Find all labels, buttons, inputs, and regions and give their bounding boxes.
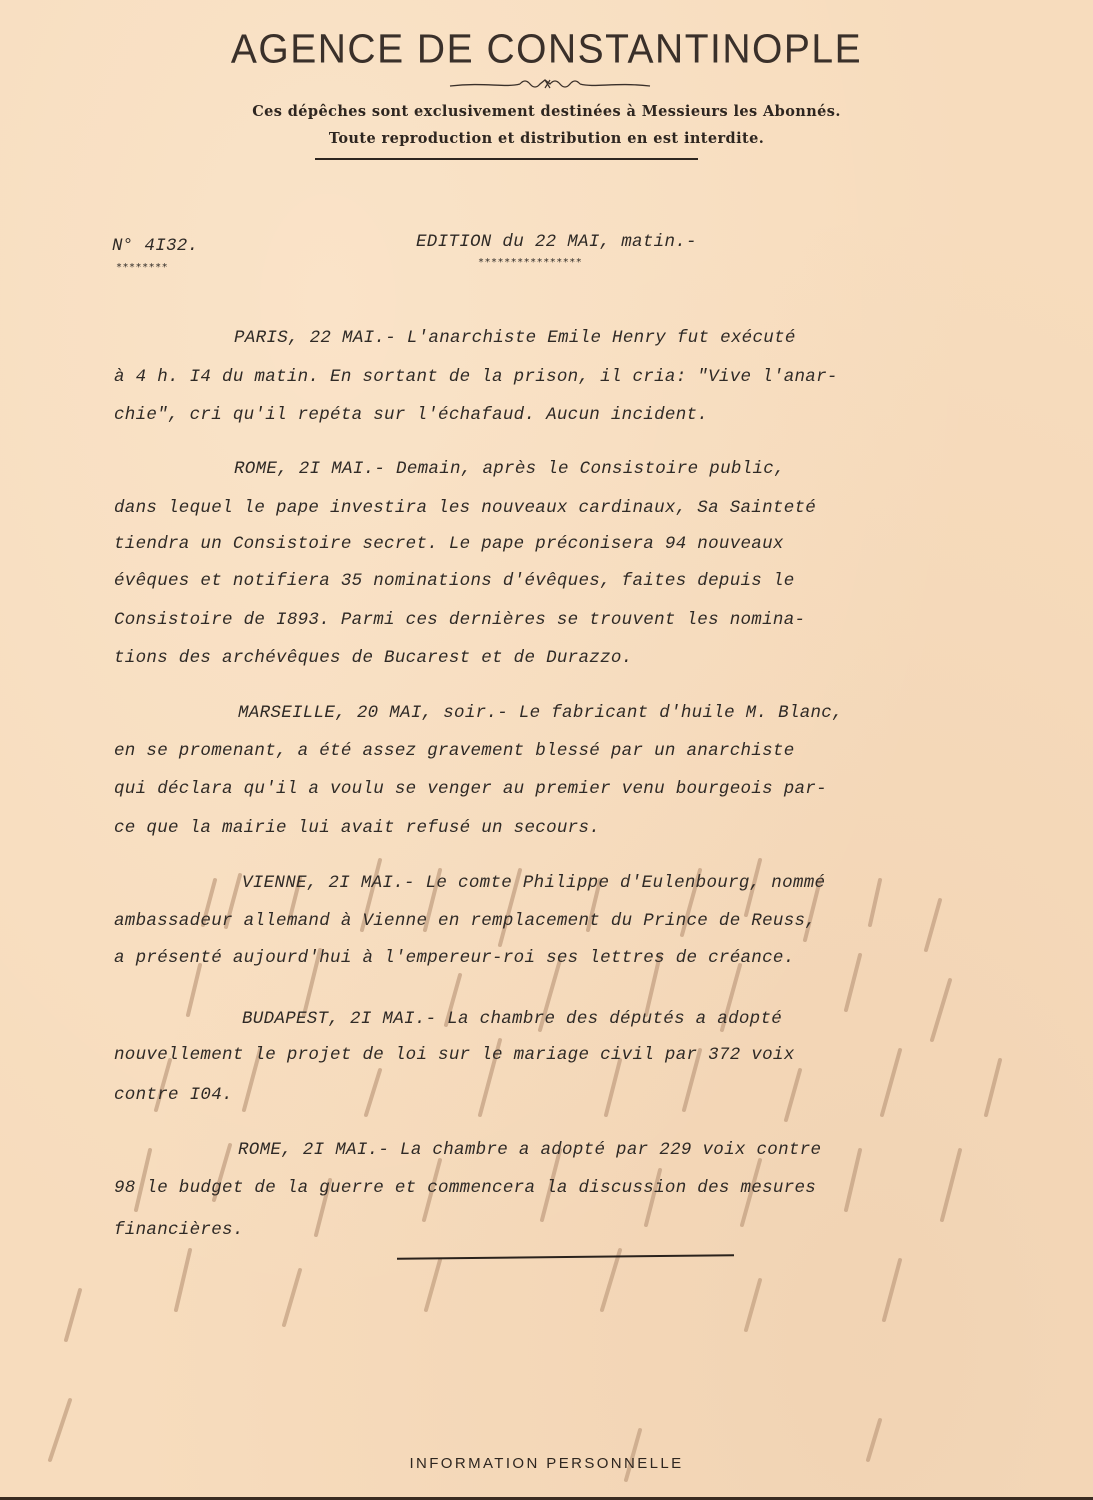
dispatch-line: à 4 h. I4 du matin. En sortant de la pri… <box>114 367 838 387</box>
dispatch-line: financières. <box>114 1220 244 1240</box>
bulletin-number: N° 4I32. <box>112 236 198 256</box>
footer-label: INFORMATION PERSONNELLE <box>0 1455 1093 1472</box>
edition-label: EDITION du 22 MAI, matin.- <box>416 232 697 252</box>
dispatch-line: ce que la mairie lui avait refusé un sec… <box>114 818 600 838</box>
dispatch-line: BUDAPEST, 2I MAI.- La chambre des député… <box>242 1009 782 1029</box>
dispatch-line: évêques et notifiera 35 nominations d'év… <box>114 571 795 591</box>
dispatch-line: contre I04. <box>114 1085 233 1105</box>
dispatch-line: VIENNE, 2I MAI.- Le comte Philippe d'Eul… <box>242 873 825 893</box>
bulletin-number-underline: ******** <box>116 262 168 273</box>
restriction-notice-line-1: Ces dépêches sont exclusivement destinée… <box>0 103 1093 120</box>
dispatch-line: 98 le budget de la guerre et commencera … <box>114 1178 816 1198</box>
restriction-notice-line-2: Toute reproduction et distribution en es… <box>0 130 1093 147</box>
dispatch-line: qui déclara qu'il a voulu se venger au p… <box>114 779 827 799</box>
dispatch-line: tiendra un Consistoire secret. Le pape p… <box>114 534 784 554</box>
ornament-divider <box>445 74 655 94</box>
header-divider <box>315 158 698 160</box>
edition-label-underline: **************** <box>478 257 582 268</box>
dispatch-line: MARSEILLE, 20 MAI, soir.- Le fabricant d… <box>238 703 843 723</box>
dispatch-line: tions des archévêques de Bucarest et de … <box>114 648 632 668</box>
dispatch-line: ROME, 2I MAI.- Demain, après le Consisto… <box>234 459 785 479</box>
dispatch-line: PARIS, 22 MAI.- L'anarchiste Emile Henry… <box>234 328 796 348</box>
dispatch-line: ROME, 2I MAI.- La chambre a adopté par 2… <box>238 1140 821 1160</box>
dispatch-line: nouvellement le projet de loi sur le mar… <box>114 1045 795 1065</box>
agency-title: AGENCE DE CONSTANTINOPLE <box>0 27 1093 73</box>
dispatch-line: chie", cri qu'il repéta sur l'échafaud. … <box>114 405 708 425</box>
dispatch-line: en se promenant, a été assez gravement b… <box>114 741 795 761</box>
dispatch-line: Consistoire de I893. Parmi ces dernières… <box>114 610 805 630</box>
dispatch-line: dans lequel le pape investira les nouvea… <box>114 498 816 518</box>
dispatch-line: a présenté aujourd'hui à l'empereur-roi … <box>114 948 795 968</box>
dispatch-line: ambassadeur allemand à Vienne en remplac… <box>114 911 816 931</box>
